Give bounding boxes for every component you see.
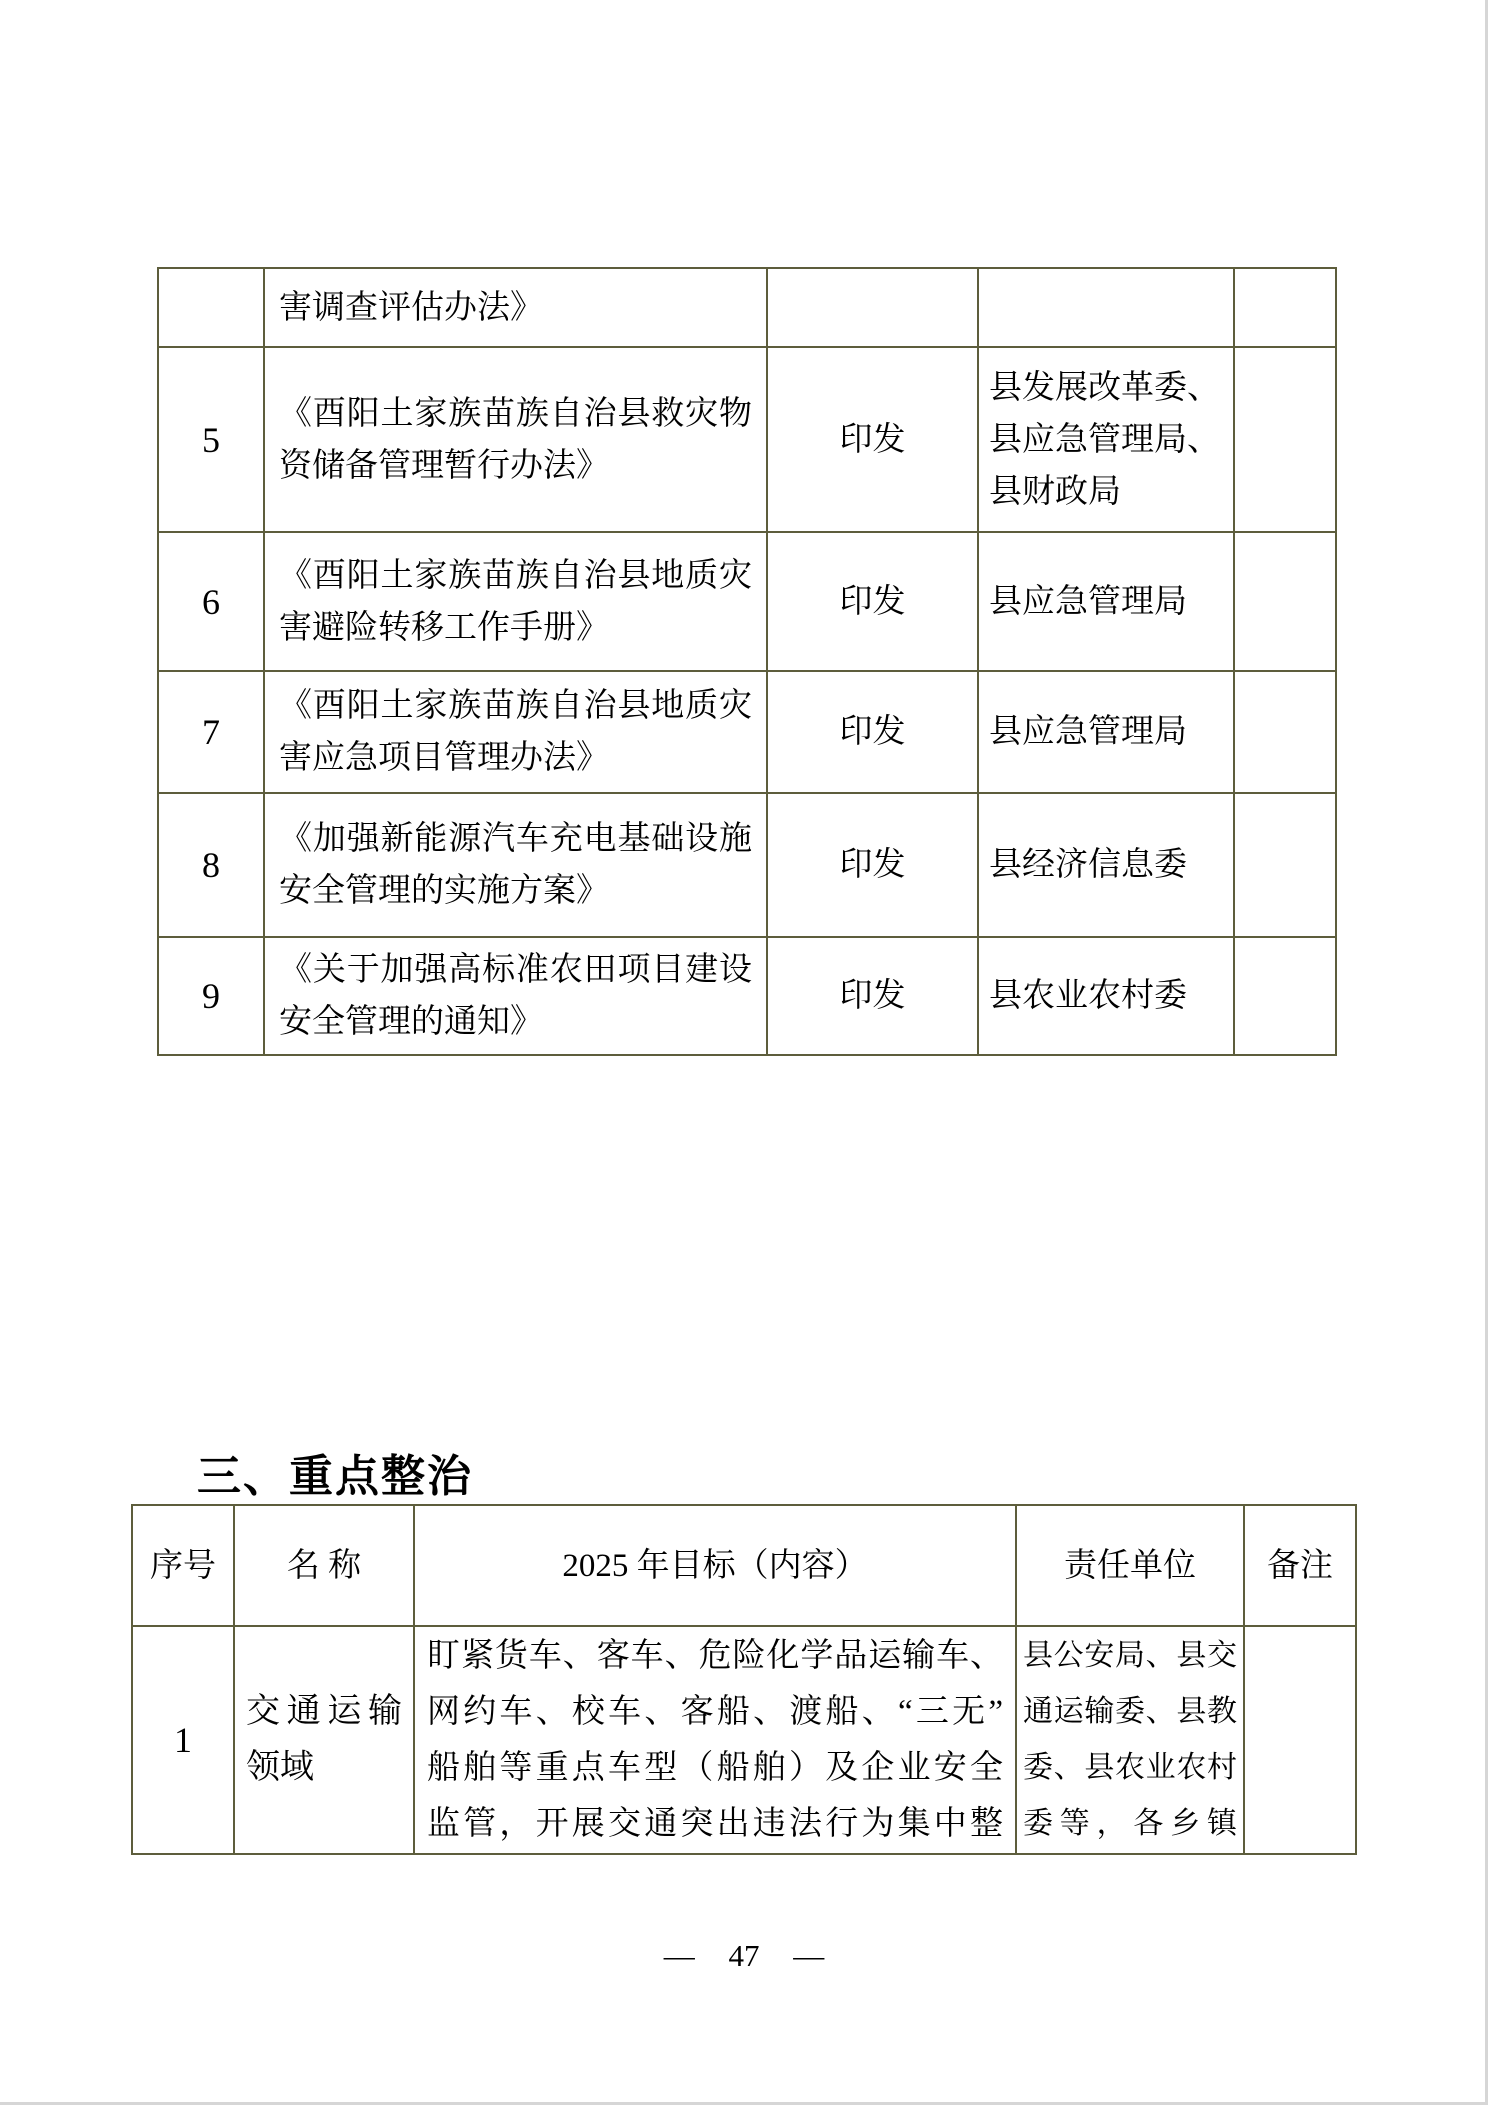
table-row: 9 《关于加强高标准农田项目建设安全管理的通知》 印发 县农业农村委 bbox=[158, 937, 1336, 1055]
remark-cell bbox=[1244, 1626, 1356, 1854]
remark-cell bbox=[1234, 793, 1336, 937]
document-name-cell: 《加强新能源汽车充电基础设施安全管理的实施方案》 bbox=[264, 793, 767, 937]
table-row: 害调查评估办法》 bbox=[158, 268, 1336, 347]
action-cell: 印发 bbox=[767, 671, 978, 793]
responsible-unit-cell bbox=[978, 268, 1234, 347]
action-cell bbox=[767, 268, 978, 347]
table-row: 5 《酉阳土家族苗族自治县救灾物资储备管理暂行办法》 印发 县发展改革委、 县应… bbox=[158, 347, 1336, 532]
table-row: 1 交通运输领域 盯紧货车、客车、危险化学品运输车、 网约车、校车、客船、渡船、… bbox=[132, 1626, 1356, 1854]
row-number-cell bbox=[158, 268, 264, 347]
target-content-cell: 盯紧货车、客车、危险化学品运输车、 网约车、校车、客船、渡船、“三无” 船舶等重… bbox=[414, 1626, 1016, 1854]
remark-cell bbox=[1234, 268, 1336, 347]
field-name-cell: 交通运输领域 bbox=[234, 1626, 414, 1854]
header-name: 名 称 bbox=[234, 1505, 414, 1626]
table-header-row: 序号 名 称 2025 年目标（内容） 责任单位 备注 bbox=[132, 1505, 1356, 1626]
responsible-unit-cell: 县应急管理局 bbox=[978, 532, 1234, 671]
action-cell: 印发 bbox=[767, 793, 978, 937]
table-row: 8 《加强新能源汽车充电基础设施安全管理的实施方案》 印发 县经济信息委 bbox=[158, 793, 1336, 937]
header-note: 备注 bbox=[1244, 1505, 1356, 1626]
row-number-cell: 5 bbox=[158, 347, 264, 532]
responsible-unit-cell: 县公安局、县交 通运输委、县教 委、县农业农村 委等，各乡镇 bbox=[1016, 1626, 1244, 1854]
document-name-cell: 《酉阳土家族苗族自治县地质灾害避险转移工作手册》 bbox=[264, 532, 767, 671]
document-name-cell: 《酉阳土家族苗族自治县地质灾害应急项目管理办法》 bbox=[264, 671, 767, 793]
row-number-cell: 7 bbox=[158, 671, 264, 793]
action-cell: 印发 bbox=[767, 532, 978, 671]
section-heading: 三、重点整治 bbox=[197, 1440, 473, 1504]
row-number-cell: 6 bbox=[158, 532, 264, 671]
row-number-cell: 8 bbox=[158, 793, 264, 937]
remark-cell bbox=[1234, 347, 1336, 532]
row-number-cell: 1 bbox=[132, 1626, 234, 1854]
remark-cell bbox=[1234, 671, 1336, 793]
table-row: 6 《酉阳土家族苗族自治县地质灾害避险转移工作手册》 印发 县应急管理局 bbox=[158, 532, 1336, 671]
action-cell: 印发 bbox=[767, 347, 978, 532]
header-unit: 责任单位 bbox=[1016, 1505, 1244, 1626]
action-cell: 印发 bbox=[767, 937, 978, 1055]
remark-cell bbox=[1234, 937, 1336, 1055]
responsible-unit-cell: 县经济信息委 bbox=[978, 793, 1234, 937]
page-number: — 47 — bbox=[0, 1938, 1488, 1974]
responsible-unit-cell: 县农业农村委 bbox=[978, 937, 1234, 1055]
document-name-cell: 《酉阳土家族苗族自治县救灾物资储备管理暂行办法》 bbox=[264, 347, 767, 532]
responsible-unit-cell: 县发展改革委、 县应急管理局、 县财政局 bbox=[978, 347, 1234, 532]
issued-documents-table: 害调查评估办法》 5 《酉阳土家族苗族自治县救灾物资储备管理暂行办法》 印发 县… bbox=[157, 267, 1337, 1056]
key-rectification-table: 序号 名 称 2025 年目标（内容） 责任单位 备注 1 交通运输领域 盯紧货… bbox=[131, 1504, 1357, 1855]
row-number-cell: 9 bbox=[158, 937, 264, 1055]
document-page: 害调查评估办法》 5 《酉阳土家族苗族自治县救灾物资储备管理暂行办法》 印发 县… bbox=[0, 0, 1488, 2105]
remark-cell bbox=[1234, 532, 1336, 671]
document-name-cell: 害调查评估办法》 bbox=[264, 268, 767, 347]
responsible-unit-cell: 县应急管理局 bbox=[978, 671, 1234, 793]
document-name-cell: 《关于加强高标准农田项目建设安全管理的通知》 bbox=[264, 937, 767, 1055]
table-row: 7 《酉阳土家族苗族自治县地质灾害应急项目管理办法》 印发 县应急管理局 bbox=[158, 671, 1336, 793]
header-no: 序号 bbox=[132, 1505, 234, 1626]
header-target: 2025 年目标（内容） bbox=[414, 1505, 1016, 1626]
